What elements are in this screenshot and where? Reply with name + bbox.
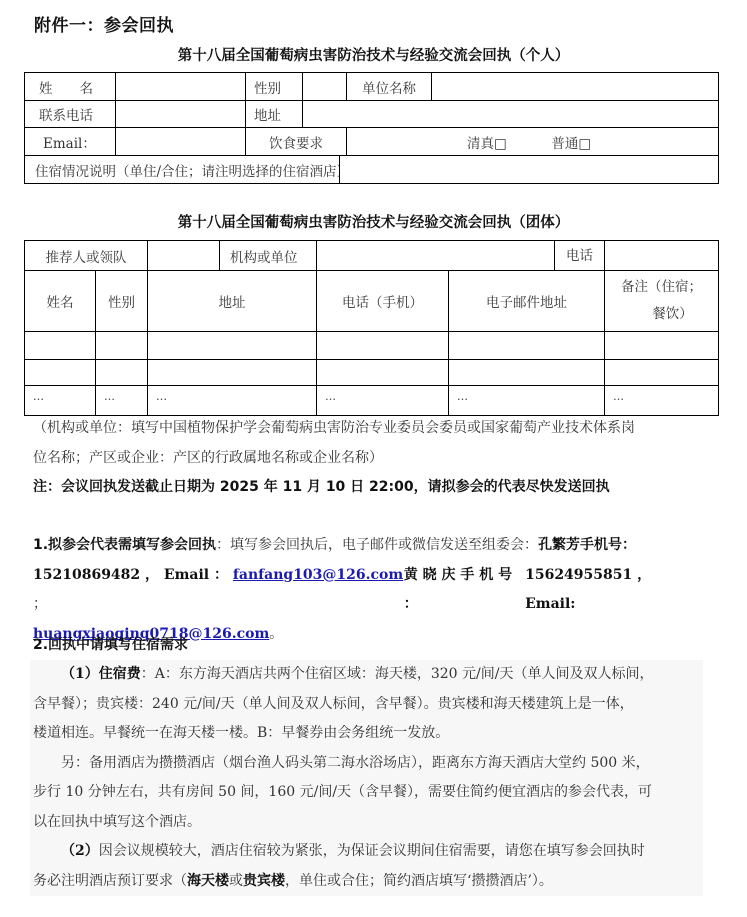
table-row: [25, 360, 719, 386]
group-form-title: 第十八届全国葡萄病虫害防治技术与经验交流会回执（团体）: [0, 211, 747, 232]
label-address: 地址: [246, 101, 303, 128]
institution-note: （机构或单位：填写中国植物保护学会葡萄病虫害防治专业委员会委员或国家葡萄产业技术…: [33, 414, 723, 473]
alt-hotel-line-2: 步行 10 分钟左右，共有房间 50 间，160 元/间/天（含早餐），需要住简…: [33, 778, 703, 808]
group-form-table: 推荐人或领队 机构或单位 电话 姓名 性别 地址 电话（手机） 电子邮件地址 备…: [24, 240, 719, 416]
contact-1-label: 孔繁芳手机号：: [538, 537, 636, 553]
cell[interactable]: [148, 360, 317, 386]
address-field[interactable]: [303, 101, 719, 128]
col-header-name: 姓名: [25, 271, 96, 332]
diet-option-halal[interactable]: 清真□: [467, 136, 507, 152]
remarks-line-1: 备注（住宿；: [605, 274, 718, 301]
cell[interactable]: [96, 332, 148, 360]
group-phone-field[interactable]: [605, 241, 719, 271]
col-header-address: 地址: [148, 271, 317, 332]
diet-options: 清真□ 普通□: [347, 128, 719, 156]
ellipsis: …: [613, 390, 624, 403]
label-gender: 性别: [246, 73, 303, 101]
ellipsis: …: [33, 390, 44, 403]
ellipsis: …: [325, 390, 336, 403]
section-2-title: 2.回执中请填写住宿需求: [33, 631, 188, 661]
label-group-phone: 电话: [555, 241, 605, 271]
table-row: [25, 332, 719, 360]
contact-1-email-link[interactable]: fanfang103@126.com: [233, 567, 403, 583]
accommodation-field[interactable]: [340, 156, 719, 184]
item-2-line-2a: 务必注明酒店预订要求（: [33, 873, 187, 889]
contact-2-email-label: Email:: [525, 596, 575, 612]
item-1-line-2: 含早餐）；贵宾楼：240 元/间/天（单人间及双人标间，含早餐）。贵宾楼和海天楼…: [33, 690, 703, 720]
attachment-heading: 附件一：参会回执: [34, 11, 174, 36]
ellipsis: …: [104, 390, 115, 403]
item-2-label: （2）: [61, 843, 99, 859]
item-2-or: 或: [229, 873, 243, 889]
label-name: 姓 名: [25, 73, 116, 101]
label-organization: 单位名称: [347, 73, 432, 101]
alt-hotel-line-1: 另：备用酒店为攒攒酒店（烟台渔人码头第二海水浴场店），距离东方海天酒店大堂约 5…: [33, 749, 703, 779]
col-header-gender: 性别: [96, 271, 148, 332]
ellipsis: …: [457, 390, 468, 403]
email-field[interactable]: [116, 128, 246, 156]
cell[interactable]: [605, 332, 719, 360]
item-1-line-1: ：A：东方海天酒店共两个住宿区域：海天楼，320 元/间/天（单人间及双人标间，: [141, 666, 654, 682]
organization-field[interactable]: [432, 73, 719, 101]
cell[interactable]: [317, 360, 449, 386]
label-phone: 联系电话: [25, 101, 116, 128]
label-diet: 饮食要求: [246, 128, 347, 156]
remarks-line-2: 餐饮）: [605, 301, 718, 328]
section-1-title: 1.拟参会代表需填写参会回执: [33, 537, 216, 553]
item-1-line-3: 楼道相连。早餐统一在海天楼一楼。B：早餐券由会务组统一发放。: [33, 719, 703, 749]
alt-hotel-line-3: 以在回执中填写这个酒店。: [33, 808, 703, 838]
label-email: Email：: [25, 128, 116, 156]
cell[interactable]: [449, 332, 605, 360]
col-header-email: 电子邮件地址: [449, 271, 605, 332]
cell[interactable]: [25, 332, 96, 360]
institution-note-line-2: 位名称；产区或企业：产区的行政属地名称或企业名称）: [33, 444, 723, 474]
cell[interactable]: [148, 332, 317, 360]
table-row: … … … … … …: [25, 386, 719, 416]
cell[interactable]: [449, 360, 605, 386]
cell[interactable]: [605, 360, 719, 386]
label-accommodation: 住宿情况说明（单住/合住；请注明选择的住宿酒店）: [25, 156, 340, 184]
col-header-remarks: 备注（住宿； 餐饮）: [605, 271, 719, 332]
contact-1-email-label: Email: [164, 567, 209, 583]
contact-2-phone: 15624955851: [525, 567, 632, 583]
leader-field[interactable]: [148, 241, 220, 271]
cell[interactable]: [317, 332, 449, 360]
name-field[interactable]: [116, 73, 246, 101]
contact-2-label: 黄 晓 庆 手 机 号 ：: [404, 561, 525, 620]
label-institution: 机构或单位: [220, 241, 317, 271]
item-2-line-2b: ，单住或合住；简约酒店填写‘攒攒酒店’）。: [285, 873, 553, 889]
item-1-label: （1）住宿费: [61, 666, 141, 682]
cell[interactable]: [25, 360, 96, 386]
individual-form-title: 第十八届全国葡萄病虫害防治技术与经验交流会回执（个人）: [0, 44, 747, 65]
institution-field[interactable]: [317, 241, 555, 271]
cell[interactable]: [96, 360, 148, 386]
deadline-note: 注：会议回执发送截止日期为 2025 年 11 月 10 日 22:00，请拟参…: [33, 473, 610, 503]
section-1-text: ：填写参会回执后，电子邮件或微信发送至组委会：: [216, 537, 538, 553]
item-2-bold-guibin: 贵宾楼: [243, 873, 285, 889]
item-2-line-1: 因会议规模较大，酒店住宿较为紧张，为保证会议期间住宿需要，请您在填写参会回执时: [99, 843, 645, 859]
individual-form-table: 姓 名 性别 单位名称 联系电话 地址 Email： 饮食要求 清真□ 普通□ …: [24, 72, 719, 184]
diet-option-regular[interactable]: 普通□: [551, 136, 591, 152]
gender-field[interactable]: [303, 73, 347, 101]
contact-1-phone: 15210869482: [33, 567, 140, 583]
phone-field[interactable]: [116, 101, 246, 128]
institution-note-line-1: （机构或单位：填写中国植物保护学会葡萄病虫害防治专业委员会委员或国家葡萄产业技术…: [33, 414, 723, 444]
col-header-mobile: 电话（手机）: [317, 271, 449, 332]
label-leader: 推荐人或领队: [25, 241, 148, 271]
section-2-item-1: （1）住宿费：A：东方海天酒店共两个住宿区域：海天楼，320 元/间/天（单人间…: [30, 660, 703, 896]
ellipsis: …: [156, 390, 167, 403]
item-2-bold-haitian: 海天楼: [187, 873, 229, 889]
